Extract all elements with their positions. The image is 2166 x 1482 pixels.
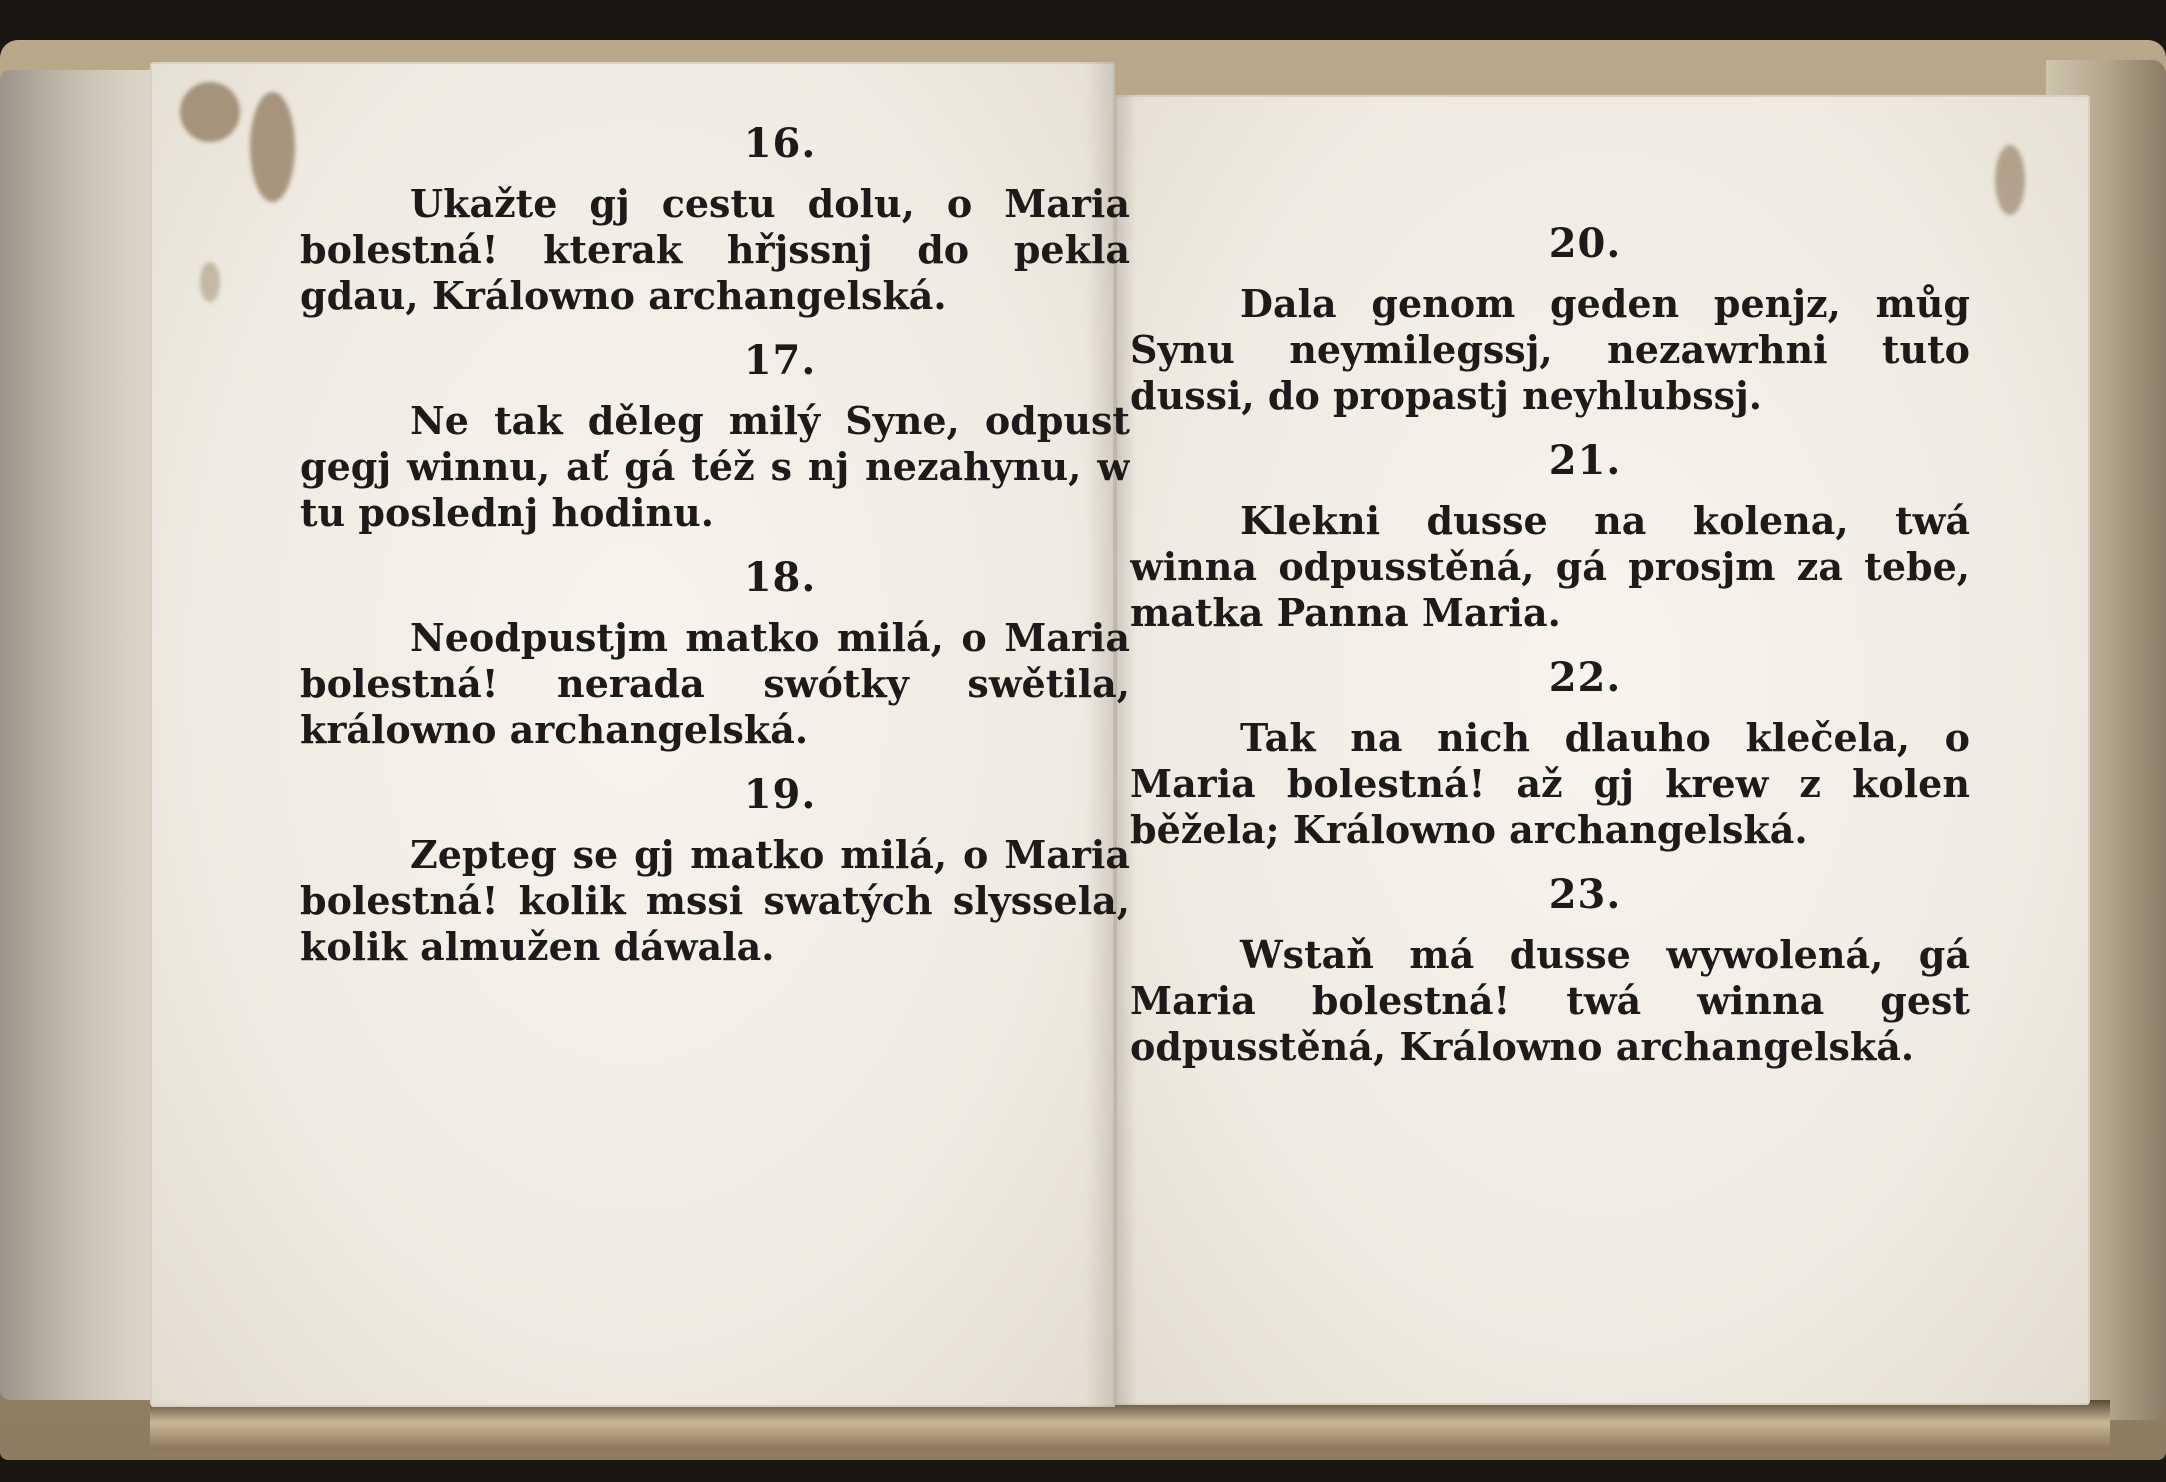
stain <box>200 262 220 302</box>
verse-19: 19. Zepteg se gj matko milá, o Maria bol… <box>300 771 1130 970</box>
verse-text: Neodpustjm matko milá, o Maria bolestná!… <box>300 615 1130 753</box>
verse-text: Wstaň má dusse wywolená, gá Maria bolest… <box>1130 932 1970 1070</box>
verse-text: Zepteg se gj matko milá, o Maria bolestn… <box>300 832 1130 970</box>
stain <box>250 92 295 202</box>
verse-number: 21. <box>1120 437 1970 484</box>
stain <box>180 82 240 142</box>
verse-17: 17. Ne tak děleg milý Syne, odpust gegj … <box>300 337 1130 536</box>
verse-20: 20. Dala genom geden penjz, můg Synu ney… <box>1120 220 1970 419</box>
verse-text: Tak na nich dlauho klečela, o Maria bole… <box>1130 715 1970 853</box>
verse-number: 19. <box>300 771 1130 818</box>
left-page-text: 16. Ukažte gj cestu dolu, o Maria bolest… <box>300 120 1130 988</box>
verse-text: Dala genom geden penjz, můg Synu neymile… <box>1130 281 1970 419</box>
verse-number: 20. <box>1120 220 1970 267</box>
verse-text: Ukažte gj cestu dolu, o Maria bolestná! … <box>300 181 1130 319</box>
verse-number: 23. <box>1120 871 1970 918</box>
page-block-edge <box>150 1400 2110 1450</box>
verse-23: 23. Wstaň má dusse wywolená, gá Maria bo… <box>1120 871 1970 1070</box>
cover-edge-left <box>0 70 150 1400</box>
right-page-text: 20. Dala genom geden penjz, můg Synu ney… <box>1120 220 1970 1088</box>
verse-text: Klekni dusse na kolena, twá winna odpuss… <box>1130 498 1970 636</box>
stain <box>1995 145 2025 215</box>
verse-21: 21. Klekni dusse na kolena, twá winna od… <box>1120 437 1970 636</box>
verse-18: 18. Neodpustjm matko milá, o Maria boles… <box>300 554 1130 753</box>
verse-number: 18. <box>300 554 1130 601</box>
verse-text: Ne tak děleg milý Syne, odpust gegj winn… <box>300 398 1130 536</box>
verse-number: 17. <box>300 337 1130 384</box>
verse-16: 16. Ukažte gj cestu dolu, o Maria bolest… <box>300 120 1130 319</box>
verse-number: 16. <box>300 120 1130 167</box>
verse-22: 22. Tak na nich dlauho klečela, o Maria … <box>1120 654 1970 853</box>
verse-number: 22. <box>1120 654 1970 701</box>
